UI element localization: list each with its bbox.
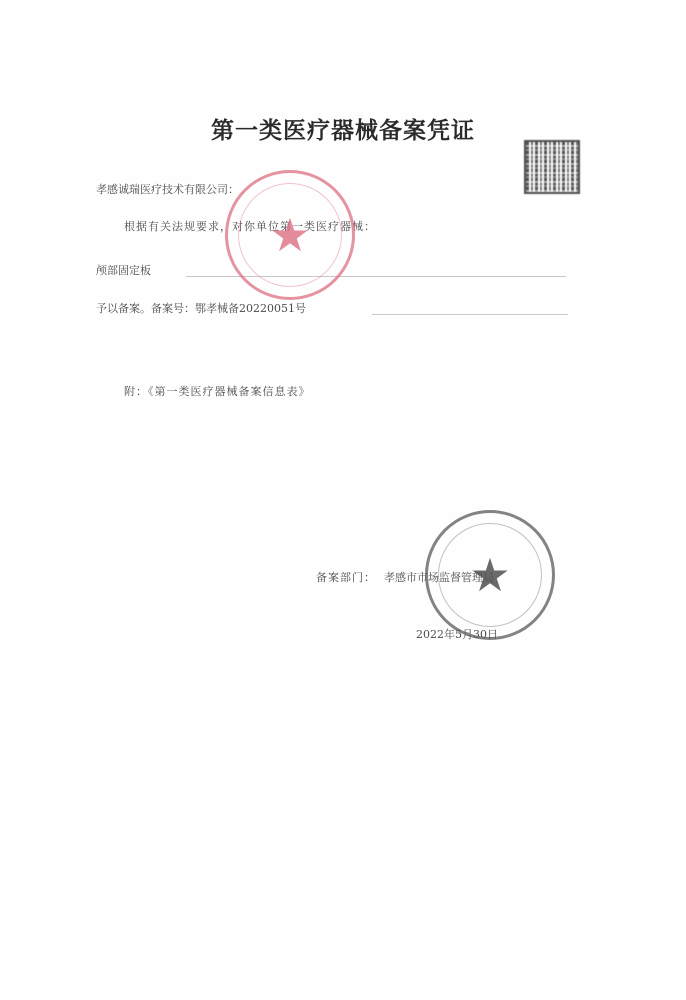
filing-line: 予以备案。备案号：鄂孝械备20220051号 bbox=[96, 300, 306, 316]
product-line: 颅部固定板 bbox=[96, 262, 151, 278]
authority-seal: ★ bbox=[425, 510, 555, 640]
filing-underline bbox=[372, 314, 568, 315]
qr-code-icon bbox=[524, 140, 580, 194]
company-line: 孝感诚瑞医疗技术有限公司： bbox=[96, 181, 239, 197]
company-seal: ★ bbox=[225, 170, 355, 300]
issuer-label: 备案部门： bbox=[316, 569, 376, 585]
document-page: 第一类医疗器械备案凭证 孝感诚瑞医疗技术有限公司： 根据有关法规要求，对你单位第… bbox=[0, 0, 686, 1000]
attachment-line: 附：《第一类医疗器械备案信息表》 bbox=[124, 383, 311, 399]
document-title: 第一类医疗器械备案凭证 bbox=[0, 112, 686, 145]
